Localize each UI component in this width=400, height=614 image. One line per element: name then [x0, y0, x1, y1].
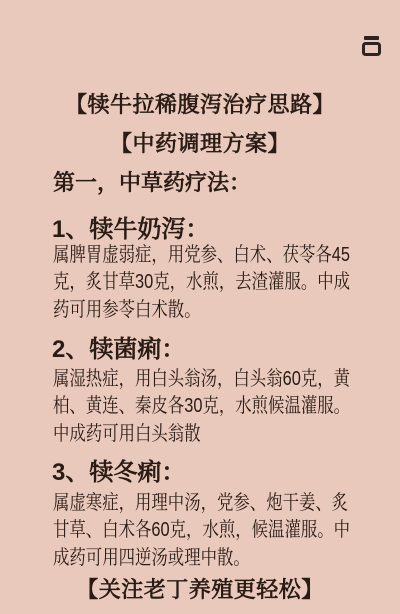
- footer-banner: 【关注老丁养殖更轻松】: [0, 573, 400, 604]
- section-1-paragraph: 属脾胃虚弱症，用党参、白术、茯苓各45 克，炙甘草30克，水煎，去渣灌服。中成 …: [53, 242, 350, 324]
- method-heading: 第一，中草药疗法：: [53, 166, 251, 197]
- paragraph-line: 属湿热症，用白头翁汤，白头翁60克，黄: [53, 366, 350, 393]
- jar-icon: [361, 36, 381, 56]
- text-card: 【犊牛拉稀腹泻治疗思路】 【中药调理方案】 第一，中草药疗法： 1、犊牛奶泻： …: [0, 0, 400, 614]
- paragraph-line: 成药可用四逆汤或理中散。: [53, 545, 350, 572]
- paragraph-line: 柏、黄连、秦皮各30克，水煎候温灌服。: [53, 393, 350, 420]
- section-1-heading: 1、犊牛奶泻：: [52, 209, 209, 244]
- section-2-paragraph: 属湿热症，用白头翁汤，白头翁60克，黄 柏、黄连、秦皮各30克，水煎候温灌服。 …: [53, 366, 350, 448]
- section-3-heading: 3、犊冬痢：: [52, 452, 185, 487]
- paragraph-line: 属脾胃虚弱症，用党参、白术、茯苓各45: [53, 242, 350, 269]
- paragraph-line: 属虚寒症，用理中汤，党参、炮干姜、炙: [53, 490, 350, 517]
- paragraph-line: 甘草、白术各60克，水煎，候温灌服。中: [53, 517, 350, 544]
- section-3-paragraph: 属虚寒症，用理中汤，党参、炮干姜、炙 甘草、白术各60克，水煎，候温灌服。中 成…: [53, 490, 350, 572]
- paragraph-line: 克，炙甘草30克，水煎，去渣灌服。中成: [53, 269, 350, 296]
- jar-icon-lid: [364, 36, 379, 40]
- jar-icon-body: [362, 42, 381, 56]
- page-subtitle: 【中药调理方案】: [0, 127, 400, 158]
- paragraph-line: 药可用参苓白术散。: [53, 297, 350, 324]
- paragraph-line: 中成药可用白头翁散: [53, 421, 350, 448]
- section-2-heading: 2、犊菌痢：: [52, 329, 185, 364]
- page-title: 【犊牛拉稀腹泻治疗思路】: [0, 88, 400, 119]
